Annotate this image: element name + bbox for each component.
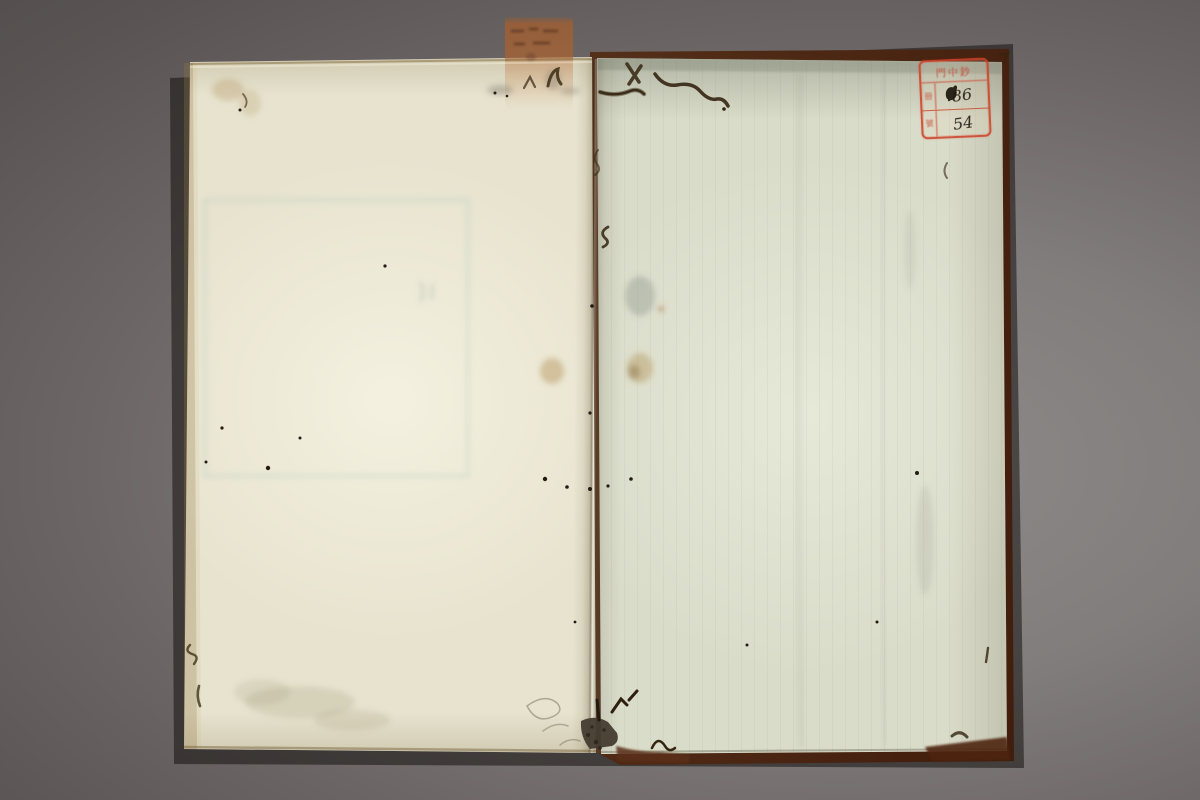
photo-of-open-book: 門中鈔 冊 86 號 54	[0, 0, 1200, 800]
library-stamp: 門中鈔 冊 86 號 54	[918, 58, 991, 140]
book-gutter-shadow	[572, 59, 624, 753]
stamp-row-number: 號 54	[922, 107, 989, 137]
paper-repair-tab	[505, 17, 573, 111]
